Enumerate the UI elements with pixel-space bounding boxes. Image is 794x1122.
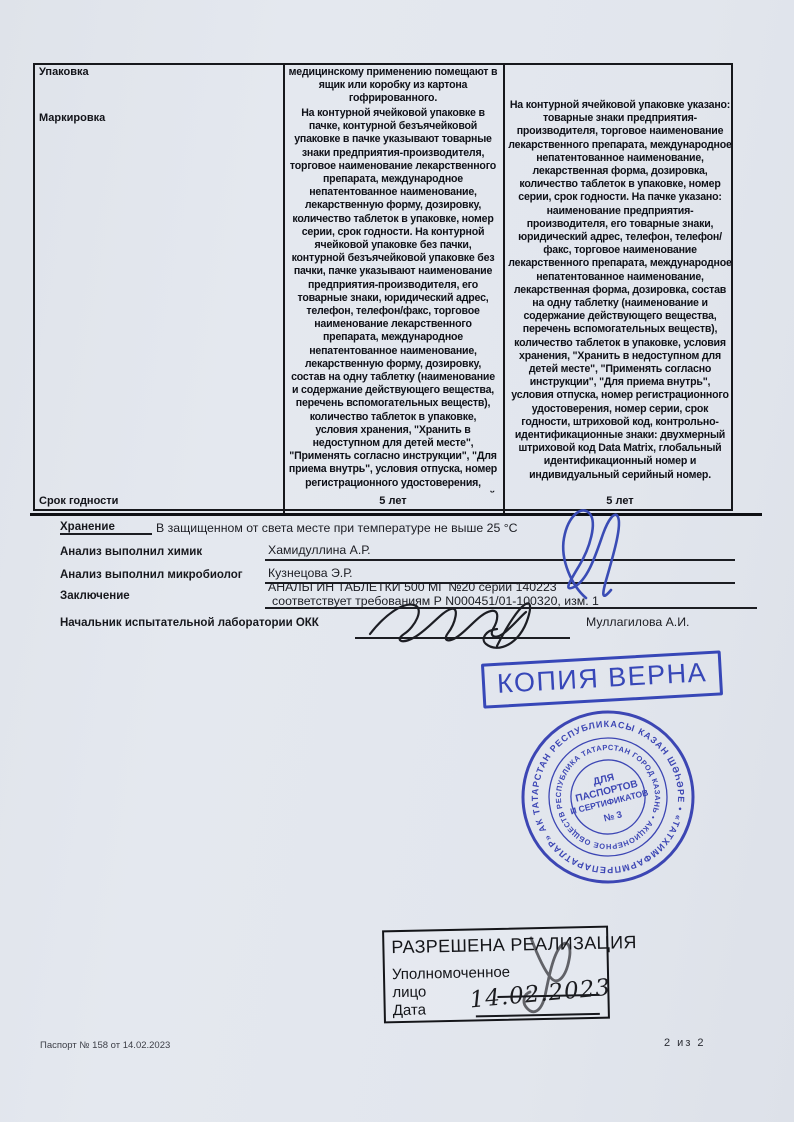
marking-text-col3: На контурной ячейковой упаковке указано:… — [508, 99, 732, 493]
conclusion-value-line1: АНАЛЬГИН ТАБЛЕТКИ 500 МГ №20 серии 14022… — [268, 580, 557, 594]
chemist-underline — [265, 559, 735, 561]
scanned-quality-passport-page: Упаковка Маркировка Срок годности медици… — [0, 0, 794, 1122]
packaging-continuation-text: медицинскому применению помещают в ящик … — [288, 66, 498, 106]
row-label-packaging: Упаковка — [39, 66, 89, 78]
lab-head-signature-line — [355, 637, 570, 639]
blue-paraph-signature — [563, 510, 619, 598]
page-number: 2 из 2 — [664, 1037, 706, 1049]
copy-correct-stamp: КОПИЯ ВЕРНА — [481, 650, 723, 708]
authorized-person-label-line2: лицо — [392, 983, 426, 1001]
lab-head-signature-flourish — [484, 603, 530, 648]
stamp-center-line4: № 3 — [603, 809, 624, 824]
table-column-divider-2 — [503, 63, 505, 513]
shelf-life-col3: 5 лет — [508, 495, 732, 507]
table-column-divider-1 — [283, 63, 285, 513]
chemist-value: Хамидуллина А.Р. — [268, 543, 371, 557]
conclusion-value-line2: соответствует требованиям Р N000451/01-1… — [272, 594, 599, 608]
microbiologist-label: Анализ выполнил микробиолог — [60, 569, 243, 581]
table-bottom-rule — [30, 513, 762, 516]
release-box-title: РАЗРЕШЕНА РЕАЛИЗАЦИЯ — [391, 932, 637, 958]
shelf-life-col2: 5 лет — [288, 495, 498, 507]
lab-head-value: Муллагилова А.И. — [586, 615, 689, 629]
row-label-marking: Маркировка — [39, 112, 105, 124]
conclusion-underline — [265, 607, 757, 609]
microbiologist-value: Кузнецова Э.Р. — [268, 566, 353, 580]
lab-head-label: Начальник испытательной лаборатории ОКК — [60, 617, 319, 629]
storage-label: Хранение — [60, 521, 152, 535]
chemist-label: Анализ выполнил химик — [60, 546, 202, 558]
conclusion-label: Заключение — [60, 590, 130, 602]
storage-value: В защищенном от света месте при температ… — [156, 521, 518, 535]
round-organization-stamp: ТАТАРСТАН РЕСПУБЛИКАСЫ КАЗАН ШӘҺӘРЕ • «Т… — [498, 687, 719, 908]
passport-number-footer: Паспорт № 158 от 14.02.2023 — [40, 1040, 170, 1051]
authorized-person-label-line1: Уполномоченное — [392, 964, 510, 983]
lab-head-signature — [370, 605, 526, 642]
row-label-shelf-life: Срок годности — [39, 495, 118, 507]
release-authorization-box: РАЗРЕШЕНА РЕАЛИЗАЦИЯ Уполномоченное лицо… — [382, 926, 610, 1024]
marking-text-col2: На контурной ячейковой упаковке в пачке,… — [288, 107, 498, 493]
date-line — [476, 1013, 600, 1018]
date-label: Дата — [393, 1001, 427, 1019]
